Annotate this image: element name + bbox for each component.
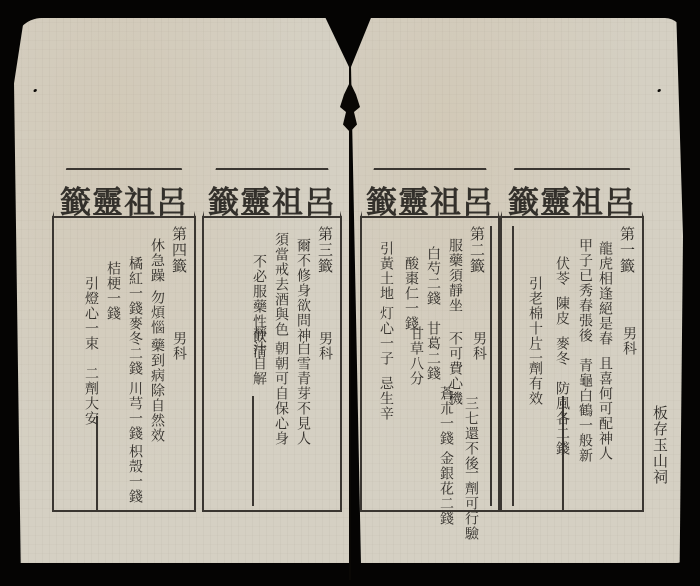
prescription-herb: 防風各二錢	[555, 381, 569, 456]
prescription-herb: 酸棗仁一錢	[404, 256, 418, 331]
verse-line: 龍虎相逢絕是春	[598, 241, 612, 346]
slip-number: 第一籤	[619, 226, 634, 274]
slip-category: 男科	[318, 331, 332, 361]
margin-mark-right: 𝅘	[657, 80, 661, 96]
slip-header: 呂祖靈籤	[52, 168, 196, 218]
verse-line: 三七還不後	[464, 396, 478, 471]
verse-line: 勿煩惱	[150, 290, 164, 335]
column-rule	[512, 226, 514, 506]
binding-spine	[346, 60, 354, 580]
prescription-guide: 引老棉十片	[528, 276, 542, 351]
prescription-guide: 引燈心一束	[84, 276, 98, 351]
slip-number: 第三籤	[317, 226, 332, 274]
verse-line: 爾不修身欲問神	[296, 238, 310, 343]
verse-line: 休急躁	[150, 238, 164, 283]
verse-line: 須當戒去酒與色	[274, 232, 288, 337]
slip-header: 呂祖靈籤	[202, 168, 342, 218]
oracle-slip-1: 呂祖靈籤 第一籤 男科 龍虎相逢絕是春 且喜何可配神人 甲子已秀春張後 青龜白鶴…	[500, 168, 644, 512]
column-rule	[252, 396, 254, 506]
prescription-herb: 川芎一錢	[128, 381, 142, 441]
prescription-herb: 桔梗一錢	[106, 261, 120, 321]
colophon: 板存玉山祠	[652, 405, 667, 485]
slip-category: 男科	[622, 326, 636, 356]
verse-line: 藥到病除自然效	[150, 338, 164, 443]
prescription-herb: 麥冬二錢	[128, 316, 142, 376]
prescription-herb: 伏苓	[555, 256, 569, 286]
verse-tail: 靜汁自解	[252, 326, 266, 386]
slip-body: 第一籤 男科 龍虎相逢絕是春 且喜何可配神人 甲子已秀春張後 青龜白鶴一般新 伏…	[500, 216, 644, 512]
slip-number: 第四籤	[171, 226, 186, 274]
margin-mark-left: 𝅘	[33, 80, 37, 96]
prescription-dose: 忌生辛	[379, 376, 393, 421]
slip-category: 男科	[172, 331, 186, 361]
prescription-guide: 引黃土地	[379, 241, 393, 301]
prescription-herb: 橘紅一錢	[128, 256, 142, 316]
slip-body: 第四籤 男科 休急躁 勿煩惱 藥到病除自然效 橘紅一錢 麥冬二錢 川芎一錢 枳殼…	[52, 216, 196, 512]
spine-line	[349, 60, 351, 580]
prescription-guide: 灯心一子	[379, 306, 393, 366]
oracle-slip-4: 呂祖靈籤 第四籤 男科 休急躁 勿煩惱 藥到病除自然效 橘紅一錢 麥冬二錢 川芎…	[52, 168, 196, 512]
prescription-herb: 甘草八分	[409, 326, 423, 386]
column-rule	[490, 226, 492, 506]
slip-header: 呂祖靈籤	[500, 168, 644, 218]
verse-line: 服藥須靜坐	[448, 238, 462, 313]
prescription-herb: 蒼朮一錢	[439, 386, 453, 446]
verse-line: 朝朝可自保心身	[274, 341, 288, 446]
verse-line: 一劑可行驗	[464, 466, 478, 541]
slip-body: 第三籤 男科 爾不修身欲問神 白雪青芽不見人 須當戒去酒與色 朝朝可自保心身 不…	[202, 216, 342, 512]
verse-line: 白雪青芽不見人	[296, 341, 310, 446]
prescription-herb: 甘葛二錢	[426, 321, 440, 381]
column-rule	[96, 416, 98, 511]
slip-number: 第二籤	[469, 226, 484, 274]
verse-line: 且喜何可配神人	[598, 356, 612, 461]
slip-category: 男科	[472, 331, 486, 361]
slip-body: 第二籤 男科 服藥須靜坐 不可費心機 三七還不後 一劑可行驗 白芍二錢 甘葛二錢…	[360, 216, 500, 512]
prescription-herb: 陳皮	[555, 296, 569, 326]
prescription-herb: 麥冬	[555, 336, 569, 366]
prescription-herb: 白芍二錢	[426, 246, 440, 306]
prescription-herb: 枳殼一錢	[128, 444, 142, 504]
oracle-slip-2: 呂祖靈籤 第二籤 男科 服藥須靜坐 不可費心機 三七還不後 一劑可行驗 白芍二錢…	[360, 168, 500, 512]
slip-header: 呂祖靈籤	[360, 168, 500, 218]
prescription-dose: 二劑有效	[528, 346, 542, 406]
verse-line: 青龜白鶴一般新	[578, 358, 592, 463]
prescription-dose: 二劑大安	[84, 366, 98, 426]
prescription-herb: 金銀花二錢	[439, 451, 453, 526]
verse-line: 甲子已秀春張後	[578, 238, 592, 343]
oracle-slip-3: 呂祖靈籤 第三籤 男科 爾不修身欲問神 白雪青芽不見人 須當戒去酒與色 朝朝可自…	[202, 168, 342, 512]
